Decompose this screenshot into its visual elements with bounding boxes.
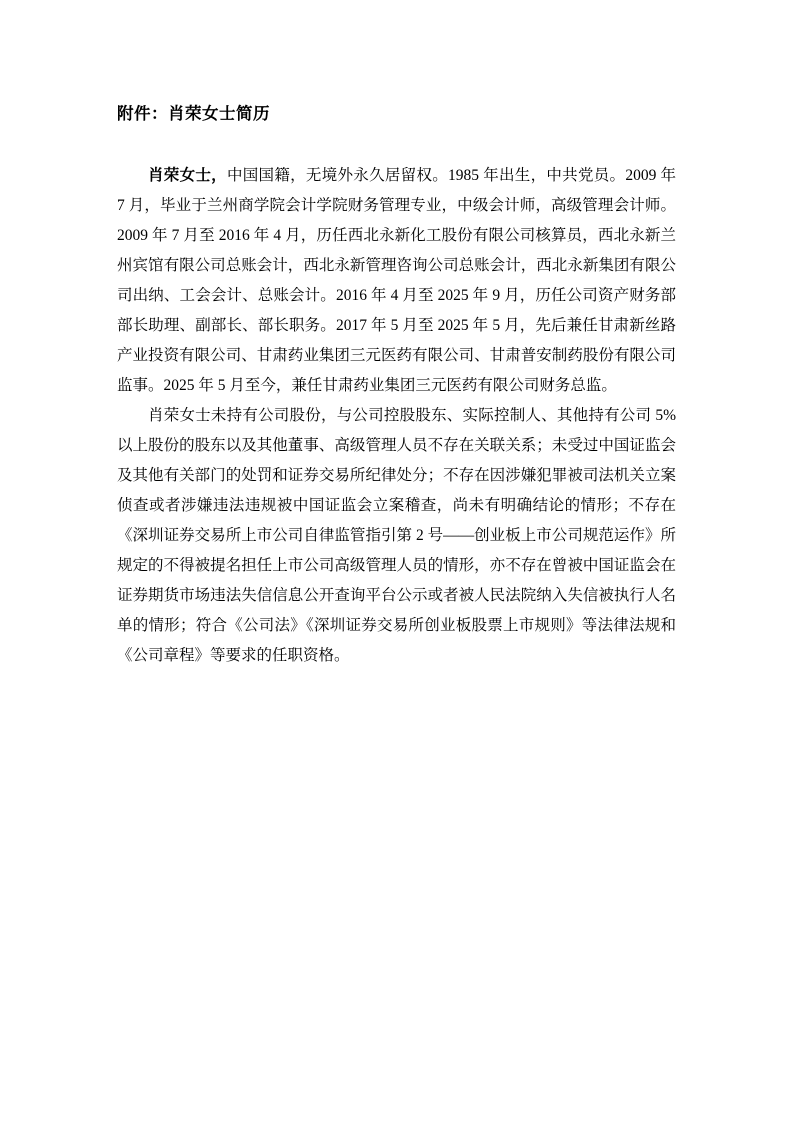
biography-text: 中国国籍，无境外永久居留权。1985 年出生，中共党员。2009 年 7 月，毕… — [117, 167, 676, 394]
qualification-text: 肖荣女士未持有公司股份，与公司控股股东、实际控制人、其他持有公司 5%以上股份的… — [117, 407, 676, 664]
attachment-title: 附件：肖荣女士简历 — [117, 103, 676, 125]
person-name-lead: 肖荣女士， — [148, 167, 227, 184]
qualification-paragraph: 肖荣女士未持有公司股份，与公司控股股东、实际控制人、其他持有公司 5%以上股份的… — [117, 401, 676, 671]
biography-paragraph: 肖荣女士，中国国籍，无境外永久居留权。1985 年出生，中共党员。2009 年 … — [117, 161, 676, 401]
document-body: 肖荣女士，中国国籍，无境外永久居留权。1985 年出生，中共党员。2009 年 … — [117, 161, 676, 671]
document-page: 附件：肖荣女士简历 肖荣女士，中国国籍，无境外永久居留权。1985 年出生，中共… — [0, 0, 793, 1122]
